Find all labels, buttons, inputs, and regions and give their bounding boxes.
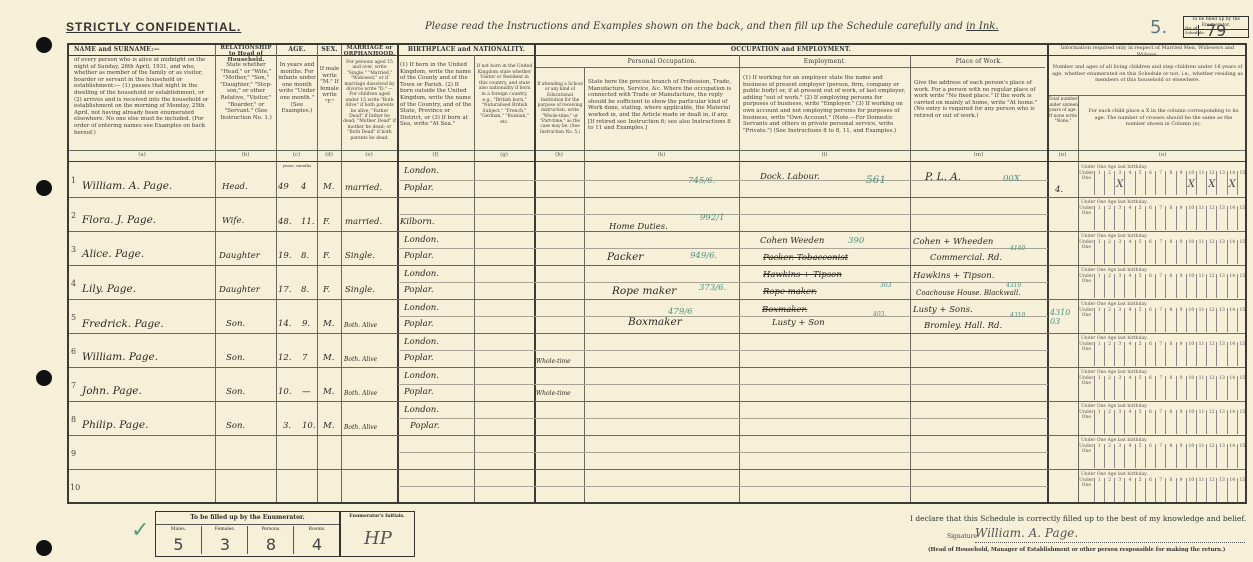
occupation: Home Duties. (609, 222, 668, 232)
age-months: 11. (301, 217, 315, 227)
declaration-text: I declare that this Schedule is correctl… (910, 514, 1246, 523)
instruction-line: Please read the Instructions and Example… (425, 21, 999, 32)
persons-label: Persons. (248, 527, 294, 532)
place-code: 00X. (1003, 174, 1023, 184)
place-of-work: Hawkins + Tipson. (913, 271, 994, 281)
row-number: 2 (71, 211, 76, 220)
occupation-code: 373/6. (699, 283, 726, 293)
school-attendance: Whole-time (536, 390, 571, 397)
age-months: 4 (301, 182, 306, 192)
age-months: 8. (301, 285, 309, 295)
child-age-grid: Under One Age last birthday. Under One12… (1079, 336, 1247, 366)
birthplace-county: London. (404, 405, 439, 415)
col-letter-l: (l) (739, 152, 910, 158)
sex: F. (323, 285, 330, 295)
person-name: Flora. J. Page. (82, 214, 156, 226)
occupation: Rope maker (612, 285, 676, 297)
checkmark-icon: ✓ (131, 518, 149, 543)
col-letter-n: (n) (1047, 152, 1078, 158)
marital-status: married. (345, 217, 382, 227)
col-o-text: For each child place a X in the column c… (1086, 108, 1241, 128)
age-years: 17. (278, 285, 292, 295)
place-address: Commercial. Rd. (930, 253, 1002, 263)
females-label: Females. (202, 527, 248, 532)
child-age-grid: Under One Age last birthday. Under One12… (1079, 302, 1247, 332)
col-g-text: If not born in the United Kingdom state … (476, 64, 533, 126)
sex: M. (323, 353, 334, 363)
rooms-count: 4 (294, 535, 340, 554)
sex: M. (323, 421, 334, 431)
children-total: 4310 03 (1050, 308, 1076, 326)
rooms-label: Rooms. (294, 527, 340, 532)
marital-status: Single. (345, 285, 375, 295)
col-d-caption: SEX. (318, 46, 341, 53)
person-name: Lily. Page. (82, 283, 136, 295)
col-letter-c: (c) (276, 152, 317, 158)
relationship: Son. (226, 421, 245, 431)
enumerator-box: To be filled up by the Enumerator. Enume… (155, 511, 415, 557)
col-l-caption: Employment. (740, 58, 910, 65)
employer: Boxmaker. (762, 305, 807, 315)
marital-status: Single. (345, 251, 375, 261)
col-b-text: State whether "Head," or "Wife," "Mother… (217, 62, 275, 121)
birthplace-county: London. (404, 235, 439, 245)
row-number: 1 (71, 176, 76, 185)
enumerator-initials: HP (364, 528, 392, 549)
occupation-caption: OCCUPATION and EMPLOYMENT. (536, 46, 1046, 53)
place-of-work: Lusty + Sons. (913, 305, 973, 315)
marital-status: married. (345, 183, 382, 193)
occupation-code: 949/6. (690, 251, 717, 261)
col-letter-d: (d) (317, 152, 341, 158)
col-l-text: (1) If working for an employer state the… (743, 75, 908, 134)
marital-status: Both. Alive (344, 424, 377, 431)
col-c-text: In years and months. For infants under o… (278, 62, 316, 115)
relationship: Daughter (219, 285, 260, 295)
employment-detail: Rope maker. (763, 287, 817, 297)
schedule-number-box: To be filled up by the Enumerator. No. o… (1183, 16, 1249, 38)
birthplace-county: London. (404, 303, 439, 313)
birthplace-town: Poplar. (404, 387, 434, 397)
birthplace-town: Poplar. (410, 421, 440, 431)
page-mark: 5. (1150, 17, 1167, 38)
occupation-code: 745/6. (688, 176, 715, 186)
row-number: 4 (71, 279, 76, 288)
birthplace-county: London. (404, 166, 439, 176)
place-of-work: P. L. A. (925, 171, 961, 183)
birthplace-county: London. (404, 269, 439, 279)
birthplace-town: Poplar. (404, 251, 434, 261)
signature: William. A. Page. (975, 526, 1078, 540)
child-age-grid: Under One Age last birthday. Under One12… (1079, 438, 1247, 468)
birthplace-town: Poplar. (404, 353, 434, 363)
col-m-caption: Place of Work. (911, 58, 1047, 65)
sex: M. (323, 319, 334, 329)
person-name: Philip. Page. (82, 419, 148, 431)
child-age-grid: Under One Age last birthday. Under One12… (1079, 200, 1247, 230)
child-age-grid: Under One Age last birthday. Under One12… (1079, 404, 1247, 434)
col-k-caption: Personal Occupation. (585, 58, 739, 65)
col-e-caption: MARRIAGE or ORPHANHOOD. (342, 45, 397, 57)
place-of-work: Cohen + Wheeden (913, 237, 993, 247)
col-letter-o: (o) (1078, 152, 1247, 158)
punch-hole (36, 37, 52, 53)
col-e-text: For persons aged 15 and over, write "Sin… (343, 60, 396, 141)
employer: Hawkins + Tipson (763, 270, 842, 280)
relationship: Wife. (222, 216, 244, 226)
signature-label: Signature (947, 533, 977, 540)
schedule-box-label: No. of Schedule. (1185, 25, 1199, 36)
sex: F. (323, 217, 330, 227)
persons-count: 8 (248, 535, 294, 554)
employment-code: 561 (866, 174, 886, 186)
occupation: Dock. Labour. (760, 172, 820, 182)
relationship: Son. (226, 387, 245, 397)
col-h-text: If attending a School or any kind of Edu… (536, 82, 584, 135)
col-k-text: State here the precise branch of Profess… (588, 79, 736, 132)
birthplace-county: London. (404, 337, 439, 347)
occupation-code: 479/6 (668, 307, 693, 317)
birthplace-town: Poplar. (404, 183, 434, 193)
occupation-code: 992/1 (700, 213, 725, 223)
relationship: Son. (226, 319, 245, 329)
col-a-text: of every person who is alive at midnight… (74, 57, 212, 136)
sex: M. (323, 182, 334, 192)
col-c-caption: AGE. (277, 46, 317, 53)
age-years: 12. (278, 353, 292, 363)
place-code: 4140 (1010, 245, 1025, 252)
punch-hole (36, 180, 52, 196)
schedule-number: 79 (1206, 21, 1226, 40)
age-years: 10. (278, 387, 292, 397)
occupation: Boxmaker (628, 316, 682, 328)
place-address: Coachouse House. Blackwall. (916, 289, 1020, 297)
col-m-text: Give the address of each person's place … (914, 80, 1044, 120)
age-months: 8. (301, 251, 309, 261)
age-years: 14. (278, 319, 292, 329)
enumerator-initials-label: Enumerator's Initials. (340, 514, 414, 519)
employment-code: 390 (848, 236, 864, 246)
occupation: Packer (607, 251, 643, 263)
females-count: 3 (202, 535, 248, 554)
signature-subtext: (Head of Household, Manager of Establish… (928, 547, 1225, 553)
employment-code: 303 (880, 282, 891, 289)
place-code: 4310 (1010, 312, 1025, 319)
col-letter-b: (b) (215, 152, 276, 158)
age-subheader: years. months (277, 163, 317, 170)
child-age-grid: Under One Age last birthday. Under One12… (1079, 234, 1247, 264)
age-months: — (302, 387, 311, 397)
age-years: 3. (283, 421, 291, 431)
birthplace-town: Poplar. (404, 319, 434, 329)
birthplace-town: Poplar. (404, 285, 434, 295)
age-months: 9. (302, 319, 310, 329)
school-attendance: Whole-time (536, 358, 571, 365)
age-years: 19. (278, 251, 292, 261)
document-title: STRICTLY CONFIDENTIAL. (66, 20, 241, 34)
age-years: 48. (278, 217, 292, 227)
age-years: 49 (278, 182, 289, 192)
child-age-grid: Under One Age last birthday. Under One12… (1079, 370, 1247, 400)
marital-status: Both. Alive (344, 356, 377, 363)
marital-status: Both. Alive (344, 390, 377, 397)
child-age-grid: Under One Age last birthday. Under One12… (1079, 165, 1247, 195)
sex: M. (323, 387, 334, 397)
birthplace-caption: BIRTHPLACE and NATIONALITY. (399, 46, 534, 53)
person-name: Fredrick. Page. (82, 318, 164, 330)
married-caption: Information required only in respect of … (1050, 45, 1245, 58)
relationship: Son. (226, 353, 245, 363)
row-number: 8 (71, 415, 76, 424)
row-number: 3 (71, 245, 76, 254)
relationship: Daughter (219, 251, 260, 261)
married-text: Number and ages of all living children a… (1052, 64, 1243, 84)
child-age-grid: Under One Age last birthday. Under One12… (1079, 268, 1247, 298)
males-count: 5 (156, 535, 201, 554)
punch-hole (36, 370, 52, 386)
person-name: William. A. Page. (82, 180, 172, 192)
person-name: William. Page. (82, 351, 158, 363)
col-b-caption: RELATIONSHIP to Head of Household. (216, 45, 276, 63)
row-number: 10 (70, 483, 80, 492)
col-letter-a: (a) (69, 152, 215, 158)
col-letter-h: (h) (534, 152, 584, 158)
row-number: 7 (71, 381, 76, 390)
age-months: 10. (302, 421, 316, 431)
males-label: Males. (156, 527, 201, 532)
col-a-caption: NAME and SURNAME:— (74, 46, 214, 53)
punch-hole (36, 540, 52, 556)
employment-detail: Lusty + Son (772, 318, 825, 328)
sex: F. (323, 251, 330, 261)
person-name: John. Page. (82, 385, 142, 397)
place-address: Bromley. Hall. Rd. (924, 321, 1002, 331)
col-letter-g: (g) (474, 152, 534, 158)
birthplace-county: London. (404, 371, 439, 381)
child-age-grid: Under One Age last birthday. Under One12… (1079, 472, 1247, 502)
row-number: 9 (71, 449, 76, 458)
marital-status: Both. Alive (344, 322, 377, 329)
row-number: 5 (71, 313, 76, 322)
col-letter-f: (f) (397, 152, 474, 158)
employment-detail: Packer. Tobacconist (763, 253, 848, 263)
col-letter-e: (e) (341, 152, 397, 158)
col-f-text: (1) If born in the United Kingdom, write… (400, 62, 473, 128)
children-total: 4. (1055, 185, 1063, 195)
enumerator-header: To be filled up by the Enumerator. (156, 514, 339, 521)
birthplace-town: Kilborn. (400, 217, 435, 227)
employment-code: 403. (873, 311, 886, 318)
row-number: 6 (71, 347, 76, 356)
relationship: Head. (222, 182, 248, 192)
place-code: 4310 (1006, 282, 1021, 289)
col-letter-k: (k) (584, 152, 739, 158)
col-n-text: Total number under sixteen years of age.… (1048, 97, 1078, 125)
age-months: 7 (302, 353, 307, 363)
employer: Cohen Weeden (760, 236, 824, 246)
col-letter-m: (m) (910, 152, 1047, 158)
person-name: Alice. Page. (82, 248, 144, 260)
col-d-text: If male write "M." If female write "F." (318, 66, 341, 106)
